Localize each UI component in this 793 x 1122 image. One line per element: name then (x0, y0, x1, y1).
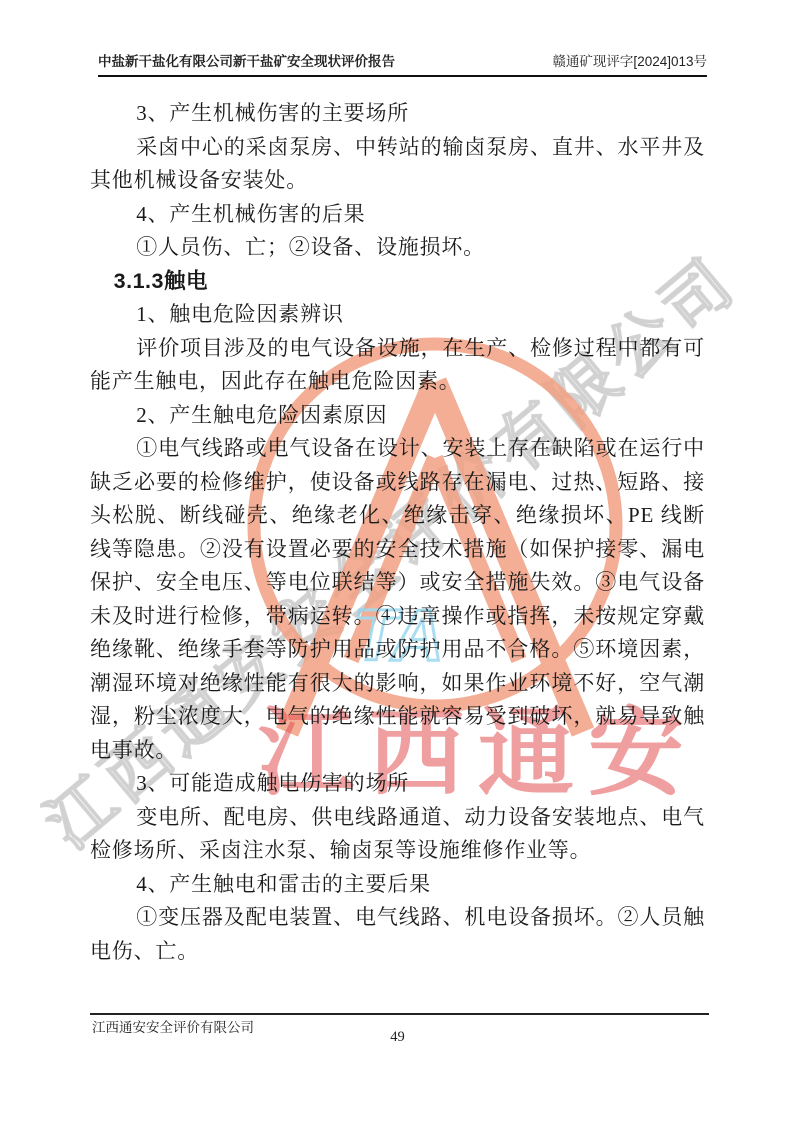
paragraph: 变电所、配电房、供电线路通道、动力设备安装地点、电气检修场所、采卤注水泵、输卤泵… (90, 801, 705, 868)
paragraph: 3、可能造成触电伤害的场所 (90, 767, 705, 801)
page-number: 49 (90, 1029, 705, 1046)
page-header: 中盐新干盐化有限公司新干盐矿安全现状评价报告 赣通矿现评字[2024]013号 (98, 50, 707, 77)
paragraph: 4、产生触电和雷击的主要后果 (90, 868, 705, 902)
section-heading: 3.1.3触电 (90, 265, 705, 299)
header-document-number: 赣通矿现评字[2024]013号 (552, 50, 707, 70)
document-page: 江西通安安全评价有限公司 TA 江西通安 中盐新干盐化有限公司新干盐矿安全现状评… (0, 0, 793, 1122)
paragraph: 2、产生触电危险因素原因 (90, 399, 705, 433)
footer-divider (90, 1013, 709, 1015)
paragraph: ①人员伤、亡；②设备、设施损坏。 (90, 231, 705, 265)
document-body: 3、产生机械伤害的主要场所 采卤中心的采卤泵房、中转站的输卤泵房、直井、水平井及… (90, 97, 705, 968)
paragraph: 1、触电危险因素辨识 (90, 298, 705, 332)
paragraph: ①电气线路或电气设备在设计、安装上存在缺陷或在运行中缺乏必要的检修维护，使设备或… (90, 432, 705, 767)
paragraph: ①变压器及配电装置、电气线路、机电设备损坏。②人员触电伤、亡。 (90, 901, 705, 968)
paragraph: 采卤中心的采卤泵房、中转站的输卤泵房、直井、水平井及其他机械设备安装处。 (90, 131, 705, 198)
paragraph: 4、产生机械伤害的后果 (90, 198, 705, 232)
paragraph: 评价项目涉及的电气设备设施，在生产、检修过程中都有可能产生触电，因此存在触电危险… (90, 332, 705, 399)
paragraph: 3、产生机械伤害的主要场所 (90, 97, 705, 131)
header-report-title: 中盐新干盐化有限公司新干盐矿安全现状评价报告 (98, 50, 395, 70)
